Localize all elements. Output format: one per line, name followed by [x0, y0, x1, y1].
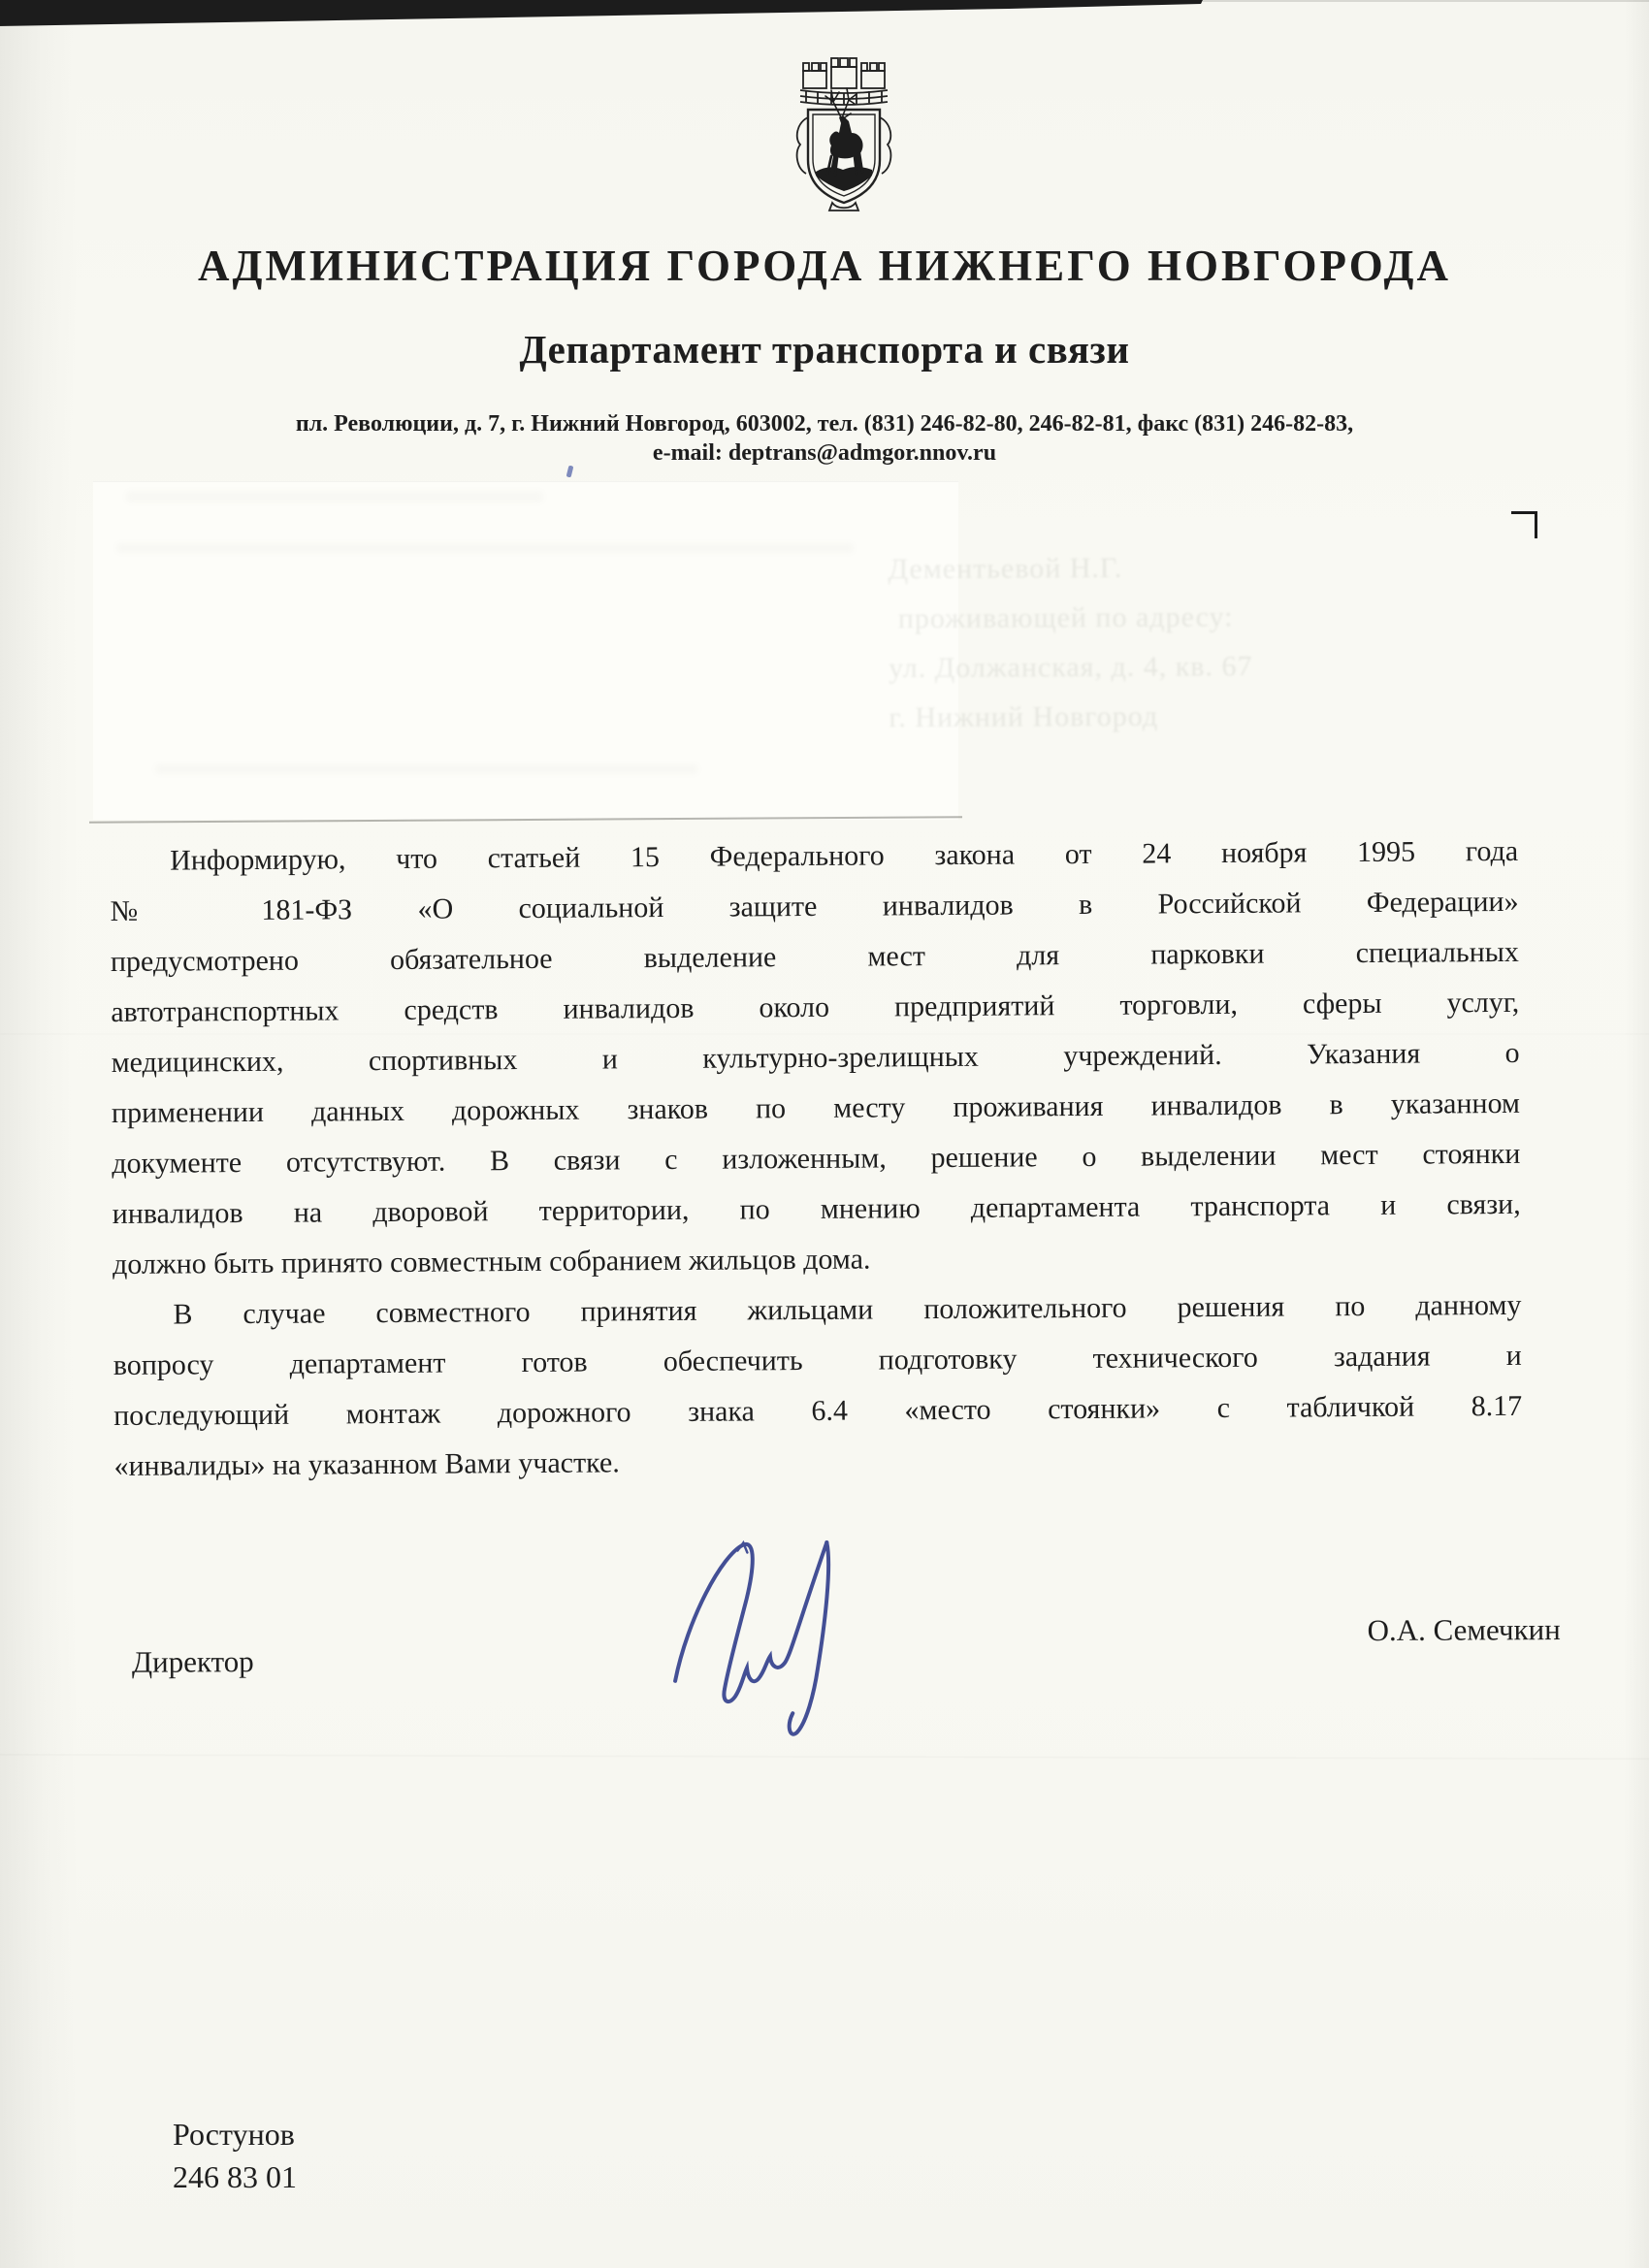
text-line: г. Нижний Новгород [889, 691, 1344, 742]
executor-phone: 246 83 01 [173, 2155, 297, 2198]
text-line: инвалидов на дворовой территории, по мне… [113, 1180, 1521, 1240]
organization-title: АДМИНИСТРАЦИЯ ГОРОДА НИЖНЕГО НОВГОРОДА [0, 241, 1649, 291]
executor-block: Ростунов 246 83 01 [173, 2113, 297, 2198]
scanner-edge-artifact [0, 0, 1649, 31]
corner-crop-mark [1511, 511, 1537, 538]
ghost-smudge [126, 491, 543, 502]
coat-of-arms-icon [771, 45, 917, 211]
scanned-letter-page: АДМИНИСТРАЦИЯ ГОРОДА НИЖНЕГО НОВГОРОДА Д… [0, 0, 1649, 2268]
address-line: пл. Революции, д. 7, г. Нижний Новгород,… [0, 407, 1649, 440]
ink-speck [566, 466, 574, 478]
signer-name: О.А. Семечкин [1323, 1612, 1561, 1648]
text-line: Дементьевой Н.Г. [888, 542, 1343, 594]
text-line: ул. Должанская, д. 4, кв. 67 [889, 641, 1344, 693]
paper-crease [0, 1754, 1649, 1760]
emblem-ground [816, 167, 872, 191]
text-line: последующий монтаж дорожного знака 6.4 «… [113, 1381, 1522, 1442]
ghost-addressee-block: Дементьевой Н.Г.проживающей по адресу:ул… [888, 542, 1344, 742]
text-line: проживающей по адресу: [889, 592, 1344, 643]
letter-body: Информирую, что статьей 15 Федерального … [110, 826, 1523, 1492]
executor-name: Ростунов [173, 2113, 297, 2155]
ghost-smudge [155, 764, 698, 774]
email-line: e-mail: deptrans@admgor.nnov.ru [0, 440, 1649, 467]
ghost-smudge [116, 543, 854, 553]
position-title: Директор [132, 1644, 254, 1680]
department-title: Департамент транспорта и связи [0, 326, 1649, 373]
handwritten-signature-icon [660, 1532, 952, 1742]
text-line: «инвалиды» на указанном Вами участке. [113, 1432, 1522, 1492]
